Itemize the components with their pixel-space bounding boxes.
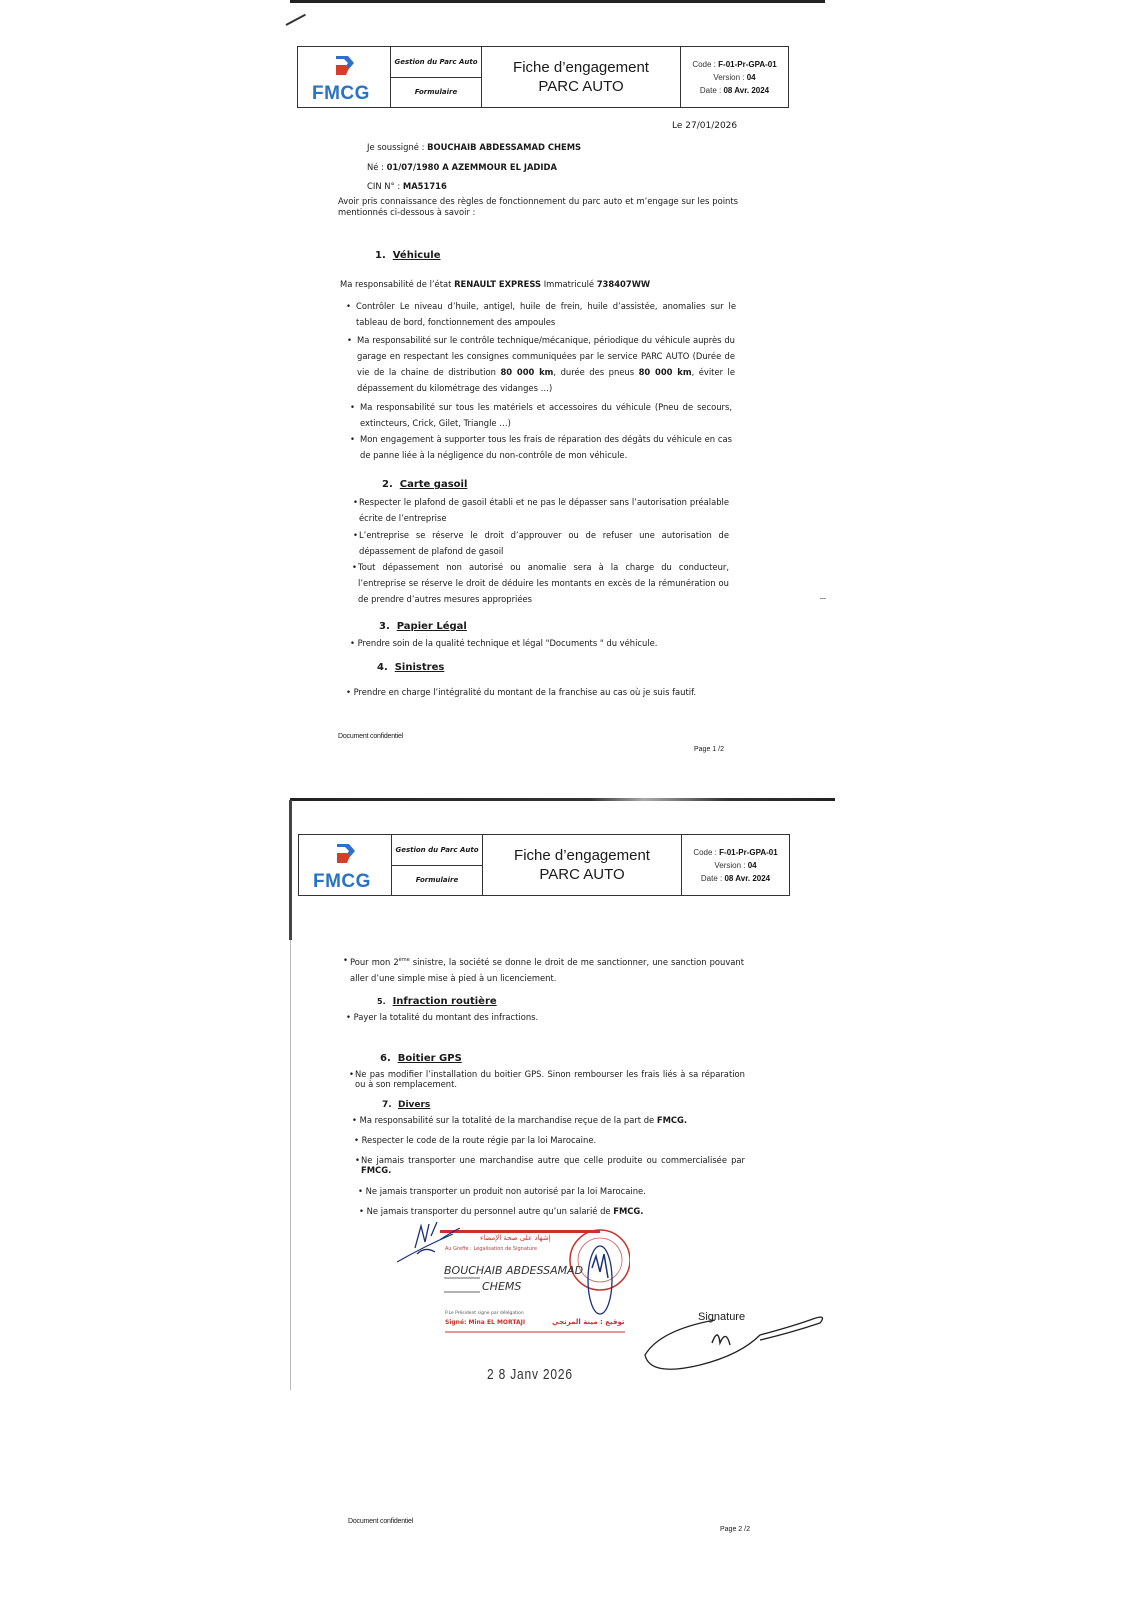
list-item: • Respecter le code de la route régie pa… (354, 1135, 596, 1146)
doc-type-label: Formulaire (392, 866, 482, 896)
department-label: Gestion du Parc Auto (392, 835, 482, 866)
svg-text:BOUCHAIB ABDESSAMAD: BOUCHAIB ABDESSAMAD (444, 1264, 583, 1277)
handwritten-initials (395, 1218, 455, 1263)
fmcg-logo-icon (333, 841, 363, 871)
list-item: •Pour mon 2ème sinistre, la société se d… (350, 952, 744, 986)
logo-cell: FMCG (299, 835, 392, 895)
scan-speck (820, 598, 826, 599)
section-title-divers: 7. Divers (382, 1100, 430, 1110)
section-title-carte-gasoil: 2. Carte gasoil (382, 479, 467, 490)
code-line: Code : F-01-Pr-GPA-01 (693, 846, 777, 859)
page-number: Page 1 /2 (694, 746, 724, 753)
list-item: •Respecter le plafond de gasoil établi e… (359, 494, 729, 526)
list-item: •Ne pas modifier l’installation du boiti… (355, 1069, 745, 1089)
soussigne-line: Je soussigné : BOUCHAIB ABDESSAMAD CHEMS (367, 142, 581, 153)
svg-text:Au Greffe : Légalisation de Si: Au Greffe : Légalisation de Signature (445, 1245, 537, 1252)
stamp-date: 2 8 Janv 2026 (487, 1366, 573, 1383)
logo-text: FMCG (313, 871, 371, 893)
version-line: Version : 04 (713, 71, 755, 84)
title-line-1: Fiche d’engagement (514, 846, 650, 865)
section-title-infraction: 5. Infraction routière (377, 996, 497, 1007)
list-item: • Prendre soin de la qualité technique e… (350, 638, 657, 649)
list-item: •Ma responsabilité sur le contrôle techn… (357, 332, 735, 396)
section-title-vehicule: 1. Véhicule (375, 250, 441, 261)
document-header: FMCG Gestion du Parc Auto Formulaire Fic… (297, 46, 789, 108)
list-item: •L’entreprise se réserve le droit d’appr… (359, 527, 729, 559)
version-line: Version : 04 (714, 859, 756, 872)
list-item: •Mon engagement à supporter tous les fra… (360, 431, 732, 463)
list-item: • Ma responsabilité sur la totalité de l… (352, 1115, 687, 1126)
svg-text:توقيع : مينة المرتجي: توقيع : مينة المرتجي (552, 1318, 625, 1326)
document-meta: Code : F-01-Pr-GPA-01 Version : 04 Date … (682, 835, 789, 895)
doc-type-label: Formulaire (391, 78, 481, 108)
title-line-2: PARC AUTO (539, 865, 624, 884)
header-category: Gestion du Parc Auto Formulaire (392, 835, 483, 895)
document-header: FMCG Gestion du Parc Auto Formulaire Fic… (298, 834, 790, 896)
title-line-1: Fiche d’engagement (513, 58, 649, 77)
list-item: • Payer la totalité du montant des infra… (346, 1012, 538, 1023)
list-item: •Ne jamais transporter une marchandise a… (361, 1155, 745, 1175)
section-title-papier-legal: 3. Papier Légal (379, 621, 467, 632)
svg-text:Signé: Mina EL MORTAJI: Signé: Mina EL MORTAJI (445, 1319, 525, 1326)
list-item: •Ma responsabilité sur tous les matériel… (360, 399, 732, 431)
logo-text: FMCG (312, 83, 370, 105)
list-item: •Tout dépassement non autorisé ou anomal… (358, 559, 729, 607)
legalization-stamp: إشهاد على صحة الإمضاء Au Greffe : Légali… (440, 1228, 630, 1338)
header-category: Gestion du Parc Auto Formulaire (391, 47, 482, 107)
list-item: • Prendre en charge l’intégralité du mon… (346, 687, 696, 698)
birth-line: Né : 01/07/1980 A AZEMMOUR EL JADIDA (367, 162, 557, 173)
cin-line: CIN N° : MA51716 (367, 181, 447, 192)
date-line: Date : 08 Avr. 2024 (700, 84, 769, 97)
scan-edge-left-faint (290, 940, 291, 1390)
signature-drawing (640, 1315, 830, 1375)
document-date: Le 27/01/2026 (672, 121, 737, 132)
scan-edge-left (289, 800, 292, 940)
list-item: •Contrôler Le niveau d’huile, antigel, h… (356, 298, 736, 330)
code-line: Code : F-01-Pr-GPA-01 (692, 58, 776, 71)
svg-text:P.Le Président signe par délég: P.Le Président signe par délégation (445, 1309, 524, 1316)
page-divider (290, 798, 835, 801)
scan-corner-mark (286, 14, 313, 38)
date-line: Date : 08 Avr. 2024 (701, 872, 770, 885)
document-title: Fiche d’engagement PARC AUTO (483, 835, 682, 895)
title-line-2: PARC AUTO (538, 77, 623, 96)
document-title: Fiche d’engagement PARC AUTO (482, 47, 681, 107)
vehicle-responsibility-line: Ma responsabilité de l’état RENAULT EXPR… (340, 279, 650, 290)
maintenance-bullet: Ma responsabilité sur le contrôle techni… (357, 335, 735, 393)
svg-text:إشهاد على صحة الإمضاء: إشهاد على صحة الإمضاء (480, 1234, 551, 1242)
list-item: • Ne jamais transporter un produit non a… (358, 1186, 646, 1197)
section-title-gps: 6. Boitier GPS (380, 1053, 462, 1064)
page-number: Page 2 /2 (720, 1526, 750, 1533)
footer-confidential: Document confidentiel (348, 1518, 413, 1525)
intro-paragraph: Avoir pris connaissance des règles de fo… (338, 196, 738, 218)
svg-text:CHEMS: CHEMS (482, 1280, 521, 1293)
footer-confidential: Document confidentiel (338, 733, 403, 740)
section-title-sinistres: 4. Sinistres (377, 662, 444, 673)
list-item: • Ne jamais transporter du personnel aut… (359, 1206, 644, 1217)
document-meta: Code : F-01-Pr-GPA-01 Version : 04 Date … (681, 47, 788, 107)
fmcg-logo-icon (332, 53, 362, 83)
scan-edge (290, 0, 825, 3)
logo-cell: FMCG (298, 47, 391, 107)
department-label: Gestion du Parc Auto (391, 47, 481, 78)
